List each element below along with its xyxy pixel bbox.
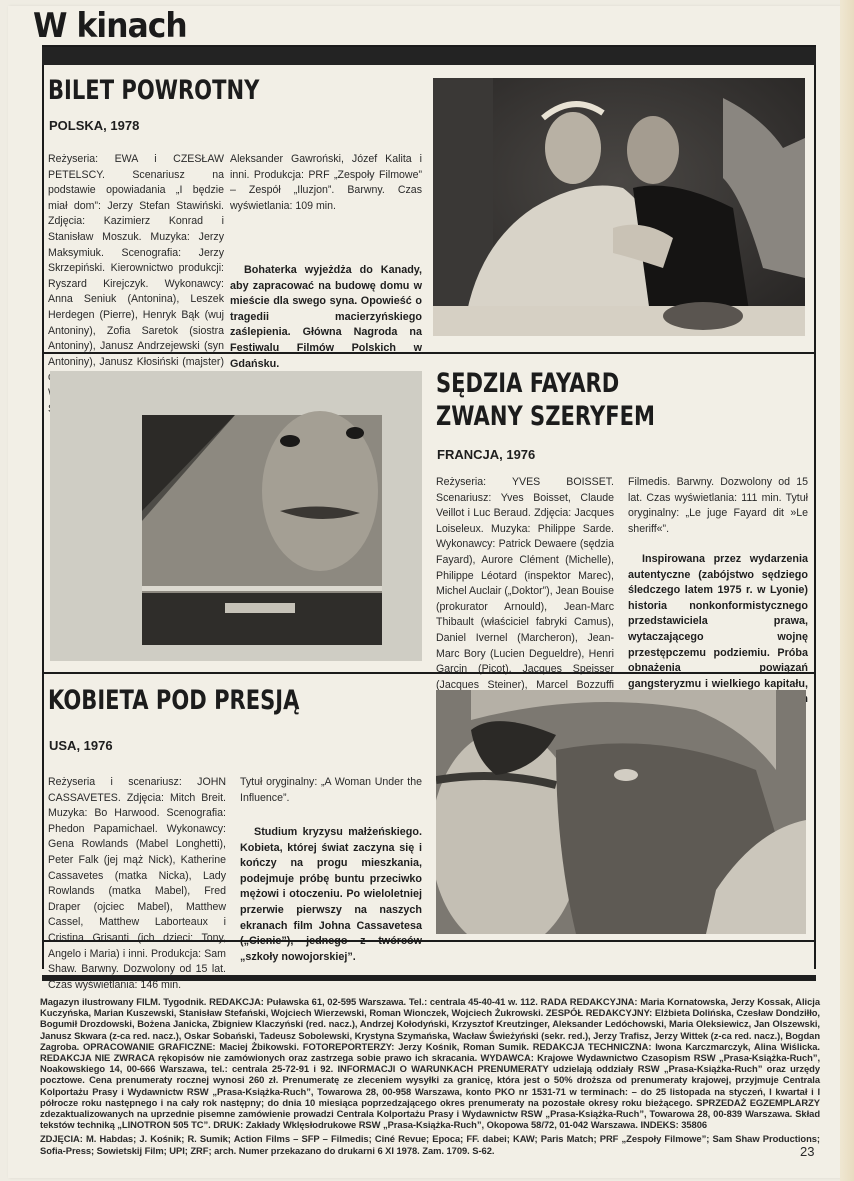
section-divider (42, 672, 816, 674)
film-country-year: USA, 1976 (49, 738, 113, 753)
imprint-photo-credits: ZDJĘCIA: M. Habdas; J. Kośnik; R. Sumik;… (40, 1133, 820, 1155)
film-still-man-in-cap-photo (436, 690, 806, 934)
top-rule-bar (42, 45, 816, 65)
film-still-wedding-photo (433, 78, 805, 336)
imprint-main-text: Magazyn ilustrowany FILM. Tygodnik. REDA… (40, 996, 820, 1130)
film-country-year: POLSKA, 1978 (49, 118, 139, 133)
film-title-bilet-powrotny: BILET POWROTNY (48, 74, 259, 107)
film-credits-col1: Reżyseria: YVES BOISSET. Scenariusz: Yve… (436, 475, 614, 725)
film-title-sedzia-fayard-line2: ZWANY SZERYFEM (436, 400, 655, 433)
film-synopsis: Bohaterka wyjeżdża do Kanady, aby zaprac… (230, 263, 422, 372)
film-synopsis: Studium kryzysu małżeńskiego. Kobieta, k… (240, 825, 422, 965)
page-number: 23 (800, 1144, 814, 1159)
film-credits-col1: Reżyseria i scenariusz: JOHN CASSAVETES.… (48, 775, 226, 993)
film-credits-col2: Filmedis. Barwny. Dozwolony od 15 lat. C… (628, 475, 808, 537)
magazine-imprint: Magazyn ilustrowany FILM. Tygodnik. REDA… (40, 996, 820, 1156)
film-credits-col2: Tytuł oryginalny: „A Woman Under the Inf… (240, 775, 422, 806)
section-divider (42, 352, 816, 354)
page-edge (840, 0, 854, 1181)
film-still-face-photo (50, 371, 422, 661)
section-title: W kinach (33, 6, 187, 46)
film-title-kobieta-pod-presja: KOBIETA POD PRESJĄ (48, 684, 299, 717)
film-credits-col2: Aleksander Gawroński, Józef Kalita i inn… (230, 152, 422, 214)
frame-bottom-rule (42, 940, 816, 942)
film-country-year: FRANCJA, 1976 (437, 447, 535, 462)
film-title-sedzia-fayard-line1: SĘDZIA FAYARD (436, 367, 619, 400)
footer-rule-bar (42, 975, 816, 981)
